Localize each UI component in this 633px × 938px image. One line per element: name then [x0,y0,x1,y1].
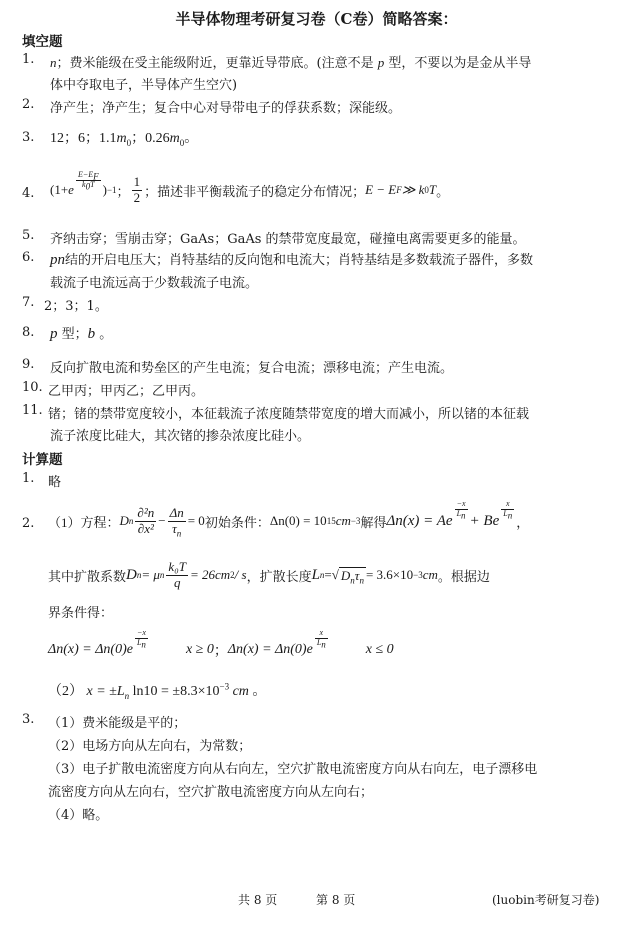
calc-2-boundary-text: 界条件得： [48,602,113,621]
item-number: 1. [22,52,34,67]
item-number: 2. [22,516,34,531]
answer-9: 反向扩散电流和势垒区的产生电流；复合电流；漂移电流；产生电流。 [50,357,453,376]
calc-3-part-4: （4）略。 [48,804,108,823]
calc-3-part-3-line-2: 流密度方向从左向右，空穴扩散电流密度方向从左向右； [48,781,373,800]
item-number: 6. [22,250,34,265]
page-title: 半导体物理考研复习卷（C卷）简略答案： [0,8,633,29]
answer-11-line-2: 流子浓度比硅大，其次锗的掺杂浓度比硅小。 [50,425,310,444]
section-heading-fill-blank: 填空题 [22,30,63,50]
answer-3: 12；6；1.1m0；0.26m0。 [50,127,198,147]
item-number: 11. [22,403,43,418]
answer-4: (1+e E−EF k0T )−1； 12 ；描述非平衡载流子的稳定分布情况； … [50,168,449,212]
calc-2-diffusion-line: 其中扩散系数 Dn = μn k₀Tq = 26cm2 / s ，扩散长度 Ln… [48,550,490,600]
calc-answer-1: 略 [48,471,61,490]
exponent-fraction: E−EF k0T [76,171,101,190]
calc-2-part-2: （2） x = ±Ln ln10 = ±8.3×10−3 cm 。 [48,680,266,700]
answer-5: 齐纳击穿；雪崩击穿；GaAs；GaAs 的禁带宽度最宽，碰撞电离需要更多的能量。 [50,228,526,247]
item-number: 3. [22,130,34,145]
answer-10: 乙甲丙；甲丙乙；乙甲丙。 [48,380,204,399]
item-number: 3. [22,712,34,727]
footer-total-pages: 共 8 页 [238,891,277,908]
answer-1-line-2: 体中夺取电子，半导体产生空穴) [50,74,237,93]
calc-2-equation-line: （1）方程： Dn ∂²n∂x² − Δnτn = 0 初始条件： Δn(0) … [48,496,529,546]
calc-3-part-2: （2）电场方向从左向右，为常数； [48,735,251,754]
calc-2-boundary-solutions: Δn(x) = Δn(0)e −xLn x ≥ 0 ； Δn(x) = Δn(0… [48,628,394,672]
item-number: 4. [22,186,34,201]
item-number: 7. [22,295,34,310]
item-number: 2. [22,97,34,112]
answer-7: 2；3；1。 [44,295,108,314]
answer-2: 净产生；净产生；复合中心对导带电子的俘获系数；深能级。 [50,97,401,116]
footer-page-number: 第 8 页 [316,891,355,908]
item-number: 1. [22,471,34,486]
item-number: 9. [22,357,34,372]
calc-3-part-3-line-1: （3）电子扩散电流密度方向从右向左，空穴扩散电流密度方向从右向左，电子漂移电 [48,758,537,777]
section-heading-calc: 计算题 [22,448,63,468]
answer-6-line-1: pn结的开启电压大；肖特基结的反向饱和电流大；肖特基结是多数载流子器件，多数 [50,249,533,269]
answer-8: p 型；b 。 [50,323,112,343]
calc-3-part-1: （1）费米能级是平的； [48,712,186,731]
item-number: 10. [22,380,43,395]
answer-1-line-1: n；费米能级在受主能级附近，更靠近导带底。(注意不是 p 型，不要以为是金从半导 [50,52,531,71]
item-number: 5. [22,228,34,243]
answer-11-line-1: 锗；锗的禁带宽度较小，本征载流子浓度随禁带宽度的增大而减小，所以锗的本征载 [48,403,529,422]
footer-source: (luobin考研复习卷) [492,891,599,908]
item-number: 8. [22,325,34,340]
half-fraction: 12 [132,175,143,205]
answer-6-line-2: 载流子电流远高于少数载流子电流。 [50,272,258,291]
